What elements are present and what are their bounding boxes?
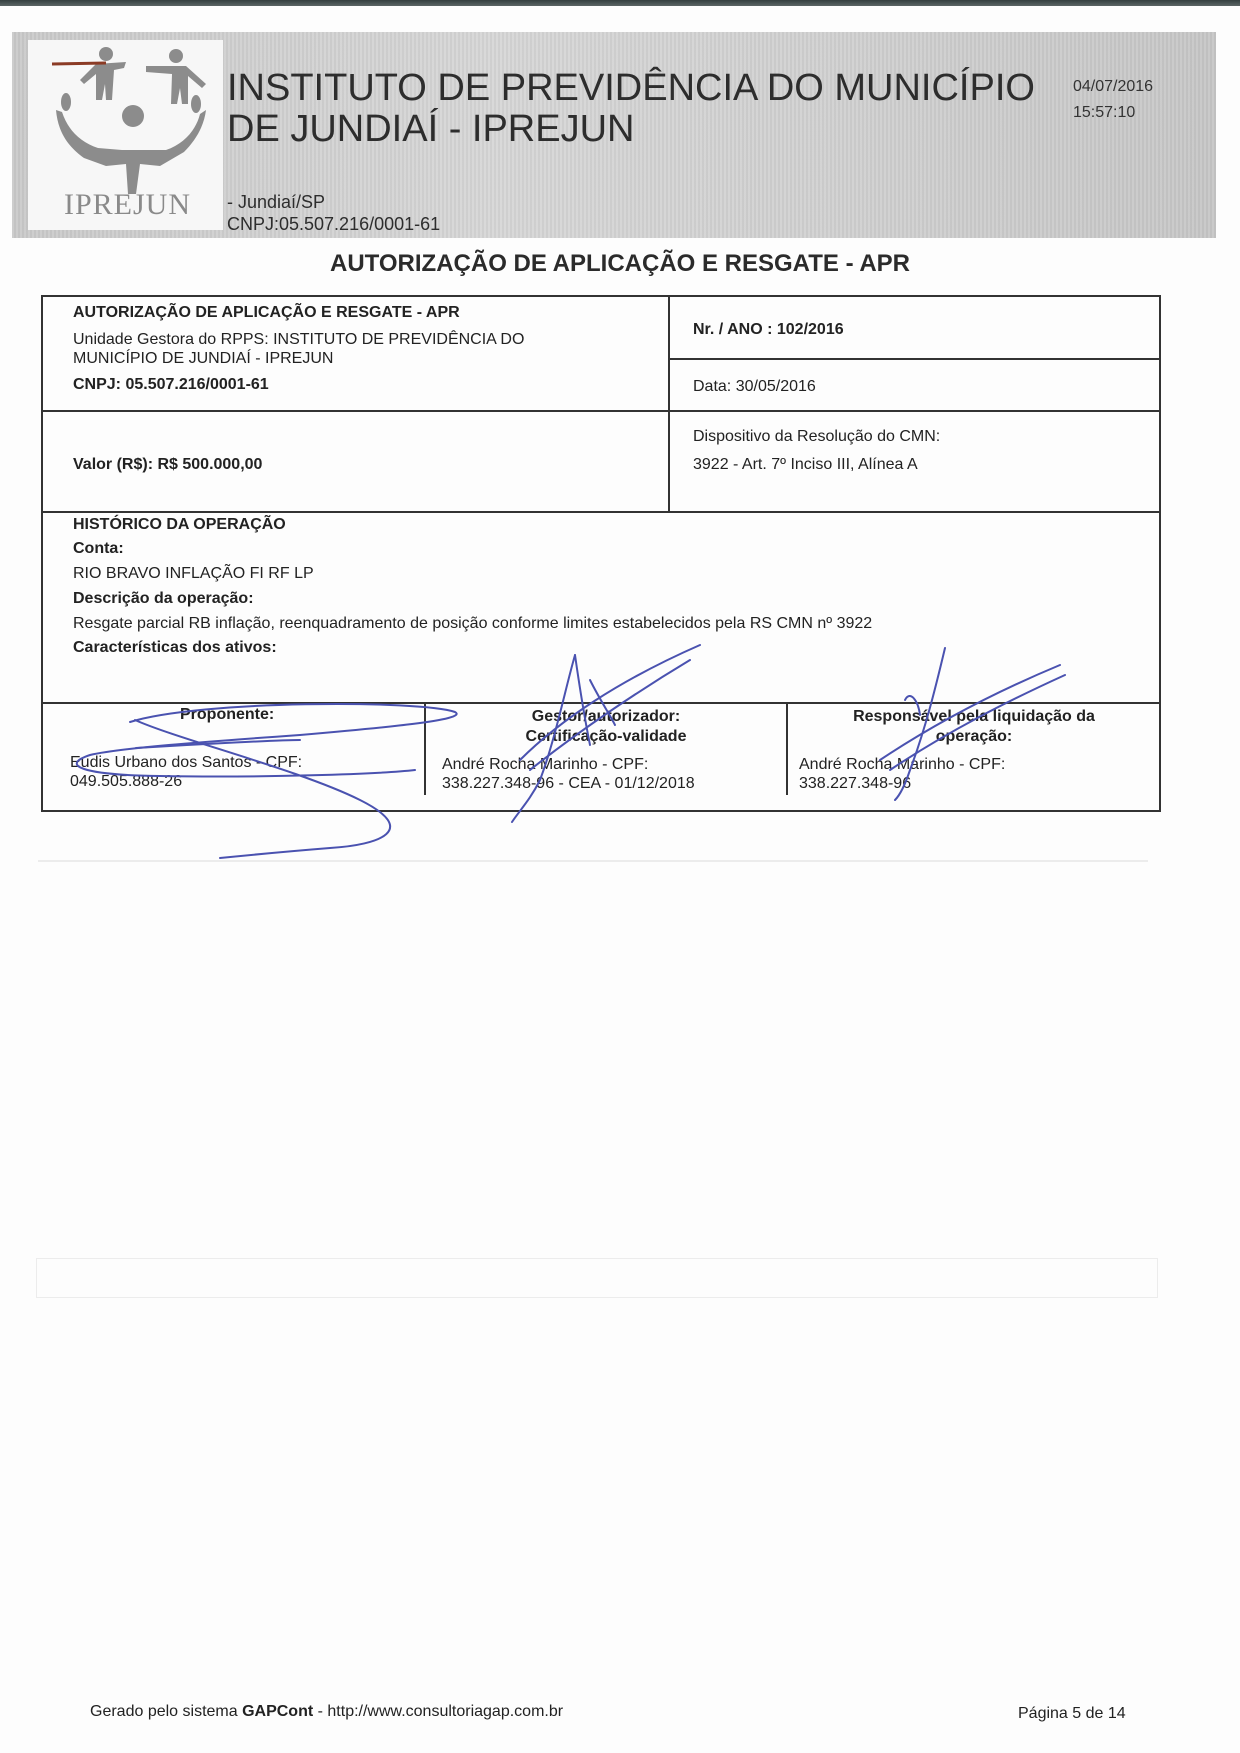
page-number: Página 5 de 14 — [1018, 1705, 1126, 1723]
institution-cnpj: CNPJ:05.507.216/0001-61 — [227, 214, 440, 235]
institution-name-line1: INSTITUTO DE PREVIDÊNCIA DO MUNICÍPIO — [227, 68, 1047, 109]
footer-generated-by: Gerado pelo sistema GAPCont - http://www… — [90, 1703, 563, 1721]
divider — [42, 511, 1160, 513]
caracteristicas-label: Características dos ativos: — [73, 639, 277, 657]
proponente-label: Proponente: — [180, 706, 274, 724]
unidade-cnpj: CNPJ: 05.507.216/0001-61 — [73, 376, 269, 394]
document-title: AUTORIZAÇÃO DE APLICAÇÃO E RESGATE - APR — [0, 250, 1240, 278]
divider — [42, 702, 1160, 704]
proponente-name: Eudis Urbano dos Santos - CPF: — [70, 754, 302, 772]
historico-title: HISTÓRICO DA OPERAÇÃO — [73, 516, 286, 534]
footer-url: - http://www.consultoriagap.com.br — [313, 1703, 563, 1720]
data-field: Data: 30/05/2016 — [693, 378, 816, 396]
divider — [668, 358, 1160, 360]
people-circle-icon — [36, 44, 216, 194]
institution-logo: IPREJUN — [28, 40, 223, 230]
divider — [668, 296, 670, 512]
valor-field: Valor (R$): R$ 500.000,00 — [73, 456, 262, 474]
responsavel-label-2: operação: — [788, 728, 1160, 746]
nr-ano-value: 102/2016 — [777, 321, 844, 338]
footer-prefix: Gerado pelo sistema — [90, 1703, 242, 1720]
nr-ano-label: Nr. / ANO : — [693, 321, 772, 338]
valor-label: Valor (R$): — [73, 456, 153, 473]
conta-label: Conta: — [73, 540, 124, 558]
valor-value: R$ 500.000,00 — [157, 456, 262, 473]
proponente-cpf: 049.505.888-26 — [70, 773, 182, 791]
responsavel-cpf: 338.227.348-96 — [799, 775, 911, 793]
scan-edge — [0, 0, 1240, 6]
unidade-gestora-line1: Unidade Gestora do RPPS: INSTITUTO DE PR… — [73, 331, 524, 349]
print-date: 04/07/2016 — [1073, 78, 1153, 96]
institution-city: - Jundiaí/SP — [227, 192, 325, 213]
descricao-value: Resgate parcial RB inflação, reenquadram… — [73, 615, 872, 633]
descricao-label: Descrição da operação: — [73, 590, 254, 608]
gestor-name: André Rocha Marinho - CPF: — [442, 756, 648, 774]
dispositivo-value: 3922 - Art. 7º Inciso III, Alínea A — [693, 456, 918, 474]
print-time: 15:57:10 — [1073, 104, 1135, 122]
institution-name: INSTITUTO DE PREVIDÊNCIA DO MUNICÍPIO DE… — [227, 68, 1047, 150]
dispositivo-label: Dispositivo da Resolução do CMN: — [693, 428, 940, 446]
institution-name-line2: DE JUNDIAÍ - IPREJUN — [227, 109, 1047, 150]
data-value: 30/05/2016 — [736, 378, 816, 395]
divider — [42, 410, 1160, 412]
section-title: AUTORIZAÇÃO DE APLICAÇÃO E RESGATE - APR — [73, 304, 460, 322]
unidade-gestora-line2: MUNICÍPIO DE JUNDIAÍ - IPREJUN — [73, 350, 333, 368]
data-label: Data: — [693, 378, 731, 395]
gestor-cpf: 338.227.348-96 - CEA - 01/12/2018 — [442, 775, 695, 793]
gestor-label-2: Certificação-validade — [426, 728, 786, 746]
conta-value: RIO BRAVO INFLAÇÃO FI RF LP — [73, 565, 314, 583]
responsavel-label-1: Responsável pela liquidação da — [788, 708, 1160, 726]
nr-ano: Nr. / ANO : 102/2016 — [693, 321, 844, 339]
footer-system-name: GAPCont — [242, 1703, 313, 1720]
gestor-label-1: Gestor/autorizador: — [426, 708, 786, 726]
responsavel-name: André Rocha Marinho - CPF: — [799, 756, 1005, 774]
logo-text: IPREJUN — [40, 188, 215, 222]
